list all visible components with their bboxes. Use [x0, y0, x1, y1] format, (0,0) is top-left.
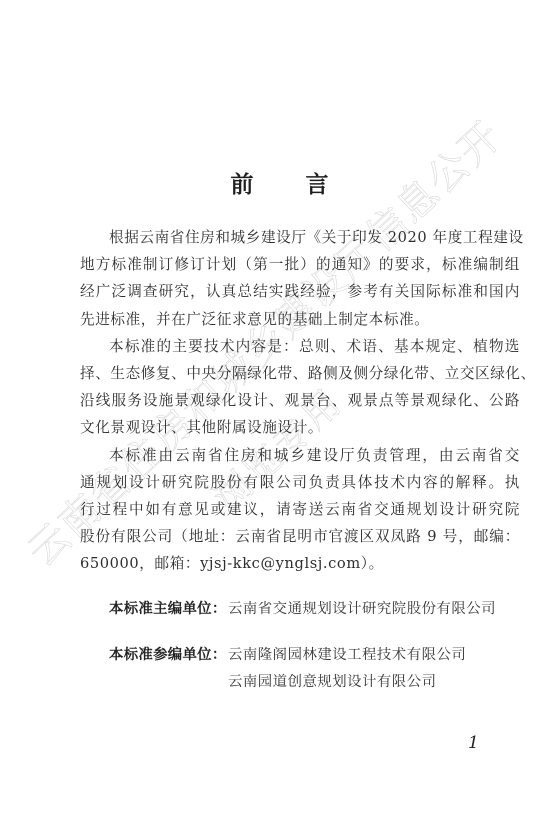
- paragraph-management-contact: 本标准由云南省住房和城乡建设厅负责管理，由云南省交 通规划设计研究院股份有限公司…: [80, 442, 520, 578]
- text-line: 行过程中如有意见或建议，请寄送云南省交通规划设计研究院: [80, 496, 520, 523]
- text-line: 股份有限公司（地址：云南省昆明市官渡区双凤路 9 号，邮编：: [80, 523, 520, 550]
- text-line: 本标准的主要技术内容是：总则、术语、基本规定、植物选: [80, 333, 520, 360]
- text-line: 经广泛调查研究，认真总结实践经验，参考有关国际标准和国内: [80, 278, 520, 305]
- participating-unit-name: 云南园道创意规划设计有限公司: [228, 669, 466, 696]
- text-line: 文化景观设计、其他附属设施设计。: [80, 414, 520, 441]
- primary-compiler-row: 本标准主编单位： 云南省交通规划设计研究院股份有限公司: [109, 596, 529, 623]
- text-line-contact-email: 650000，邮箱：yjsj-kkc@ynglsj.com）。: [80, 550, 520, 577]
- text-line: 本标准由云南省住房和城乡建设厅负责管理，由云南省交: [80, 442, 520, 469]
- page-title: 前 言: [0, 166, 559, 199]
- page-number: 1: [468, 733, 479, 753]
- primary-compiler-label: 本标准主编单位：: [109, 597, 228, 618]
- text-line: 择、生态修复、中央分隔绿化带、路侧及侧分绿化带、立交区绿化、: [80, 360, 520, 387]
- text-line: 根据云南省住房和城乡建设厅《关于印发 2020 年度工程建设: [80, 224, 520, 251]
- participating-units-values: 云南隆阁园林建设工程技术有限公司 云南园道创意规划设计有限公司: [228, 642, 466, 696]
- paragraph-main-content: 本标准的主要技术内容是：总则、术语、基本规定、植物选 择、生态修复、中央分隔绿化…: [80, 333, 520, 442]
- participating-units-label: 本标准参编单位：: [109, 643, 228, 664]
- preface-body: 根据云南省住房和城乡建设厅《关于印发 2020 年度工程建设 地方标准制订修订计…: [80, 224, 520, 578]
- participating-unit-name: 云南隆阁园林建设工程技术有限公司: [228, 642, 466, 669]
- participating-units-row: 本标准参编单位： 云南隆阁园林建设工程技术有限公司 云南园道创意规划设计有限公司: [109, 642, 529, 696]
- primary-compiler-name: 云南省交通规划设计研究院股份有限公司: [228, 596, 496, 623]
- text-line: 沿线服务设施景观绿化设计、观景台、观景点等景观绿化、公路: [80, 387, 520, 414]
- document-page: 云南省住房和城乡建设厅信息公开 浏览专用 前 言 根据云南省住房和城乡建设厅《关…: [0, 0, 559, 816]
- text-line: 通规划设计研究院股份有限公司负责具体技术内容的解释。执: [80, 469, 520, 496]
- text-line: 先进标准，并在广泛征求意见的基础上制定本标准。: [80, 306, 520, 333]
- primary-compiler-values: 云南省交通规划设计研究院股份有限公司: [228, 596, 496, 623]
- paragraph-plan-basis: 根据云南省住房和城乡建设厅《关于印发 2020 年度工程建设 地方标准制订修订计…: [80, 224, 520, 333]
- text-line: 地方标准制订修订计划（第一批）的通知》的要求，标准编制组: [80, 251, 520, 278]
- compiling-units: 本标准主编单位： 云南省交通规划设计研究院股份有限公司 本标准参编单位： 云南隆…: [109, 596, 529, 696]
